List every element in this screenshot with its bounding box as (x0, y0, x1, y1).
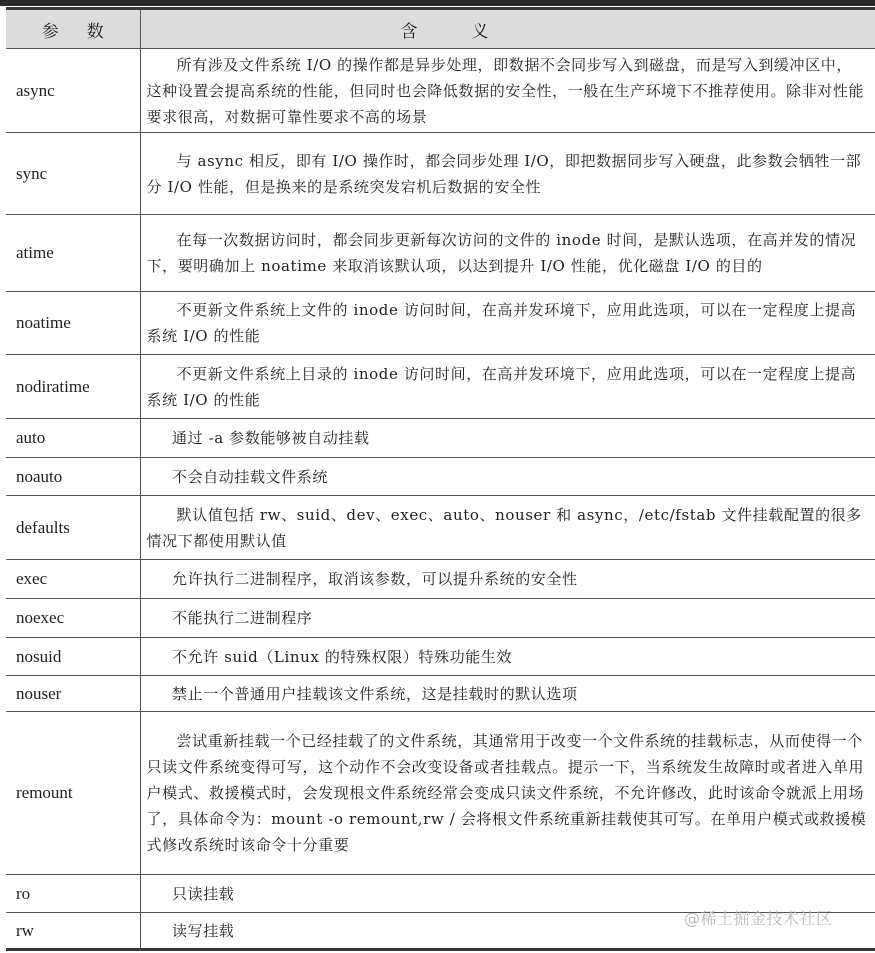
table-row: async所有涉及文件系统 I/O 的操作都是异步处理，即数据不会同步写入到磁盘… (6, 49, 875, 133)
mount-options-table: 参数 含义 async所有涉及文件系统 I/O 的操作都是异步处理，即数据不会同… (6, 7, 875, 951)
param-name: auto (6, 419, 140, 458)
table-row: noauto不会自动挂载文件系统 (6, 458, 875, 496)
param-name: ro (6, 875, 140, 913)
param-description: 允许执行二进制程序，取消该参数，可以提升系统的安全性 (140, 560, 875, 599)
table-row: nouser禁止一个普通用户挂载该文件系统，这是挂载时的默认选项 (6, 676, 875, 712)
param-name: noauto (6, 458, 140, 496)
param-name: atime (6, 215, 140, 292)
param-description: 与 async 相反，即有 I/O 操作时，都会同步处理 I/O，即把数据同步写… (140, 133, 875, 215)
param-name: async (6, 49, 140, 133)
param-name: noexec (6, 599, 140, 638)
header-meaning-char-2: 义 (472, 22, 489, 42)
table-row: defaults默认值包括 rw、suid、dev、exec、auto、nous… (6, 496, 875, 560)
param-name: nodiratime (6, 355, 140, 419)
param-description: 禁止一个普通用户挂载该文件系统，这是挂载时的默认选项 (140, 676, 875, 712)
param-name: exec (6, 560, 140, 599)
param-name: nosuid (6, 638, 140, 676)
param-description: 不会自动挂载文件系统 (140, 458, 875, 496)
top-border-strip (0, 0, 875, 6)
param-description: 在每一次数据访问时，都会同步更新每次访问的文件的 inode 时间，是默认选项，… (140, 215, 875, 292)
param-name: nouser (6, 676, 140, 712)
table-row: noatime不更新文件系统上文件的 inode 访问时间，在高并发环境下，应用… (6, 292, 875, 355)
param-name: defaults (6, 496, 140, 560)
header-meaning-char-1: 含 (401, 22, 418, 42)
table-row: atime在每一次数据访问时，都会同步更新每次访问的文件的 inode 时间，是… (6, 215, 875, 292)
header-meaning: 含义 (140, 9, 875, 49)
table-row: nosuid不允许 suid（Linux 的特殊权限）特殊功能生效 (6, 638, 875, 676)
watermark: @稀土掘金技术社区 (684, 906, 833, 929)
table-row: auto通过 -a 参数能够被自动挂载 (6, 419, 875, 458)
header-param: 参数 (6, 9, 140, 49)
param-description: 不更新文件系统上文件的 inode 访问时间，在高并发环境下，应用此选项，可以在… (140, 292, 875, 355)
table-row: noexec不能执行二进制程序 (6, 599, 875, 638)
param-description: 通过 -a 参数能够被自动挂载 (140, 419, 875, 458)
table-row: remount尝试重新挂载一个已经挂载了的文件系统，其通常用于改变一个文件系统的… (6, 712, 875, 875)
param-description: 尝试重新挂载一个已经挂载了的文件系统，其通常用于改变一个文件系统的挂载标志，从而… (140, 712, 875, 875)
param-description: 所有涉及文件系统 I/O 的操作都是异步处理，即数据不会同步写入到磁盘，而是写入… (140, 49, 875, 133)
header-param-char-2: 数 (87, 22, 104, 42)
table-header-row: 参数 含义 (6, 9, 875, 49)
param-description: 不能执行二进制程序 (140, 599, 875, 638)
param-description: 不允许 suid（Linux 的特殊权限）特殊功能生效 (140, 638, 875, 676)
header-param-char-1: 参 (42, 22, 59, 42)
table-row: nodiratime不更新文件系统上目录的 inode 访问时间，在高并发环境下… (6, 355, 875, 419)
param-description: 不更新文件系统上目录的 inode 访问时间，在高并发环境下，应用此选项，可以在… (140, 355, 875, 419)
param-name: remount (6, 712, 140, 875)
table-row: exec允许执行二进制程序，取消该参数，可以提升系统的安全性 (6, 560, 875, 599)
param-description: 默认值包括 rw、suid、dev、exec、auto、nouser 和 asy… (140, 496, 875, 560)
param-name: rw (6, 913, 140, 950)
param-name: sync (6, 133, 140, 215)
param-name: noatime (6, 292, 140, 355)
table-row: sync与 async 相反，即有 I/O 操作时，都会同步处理 I/O，即把数… (6, 133, 875, 215)
